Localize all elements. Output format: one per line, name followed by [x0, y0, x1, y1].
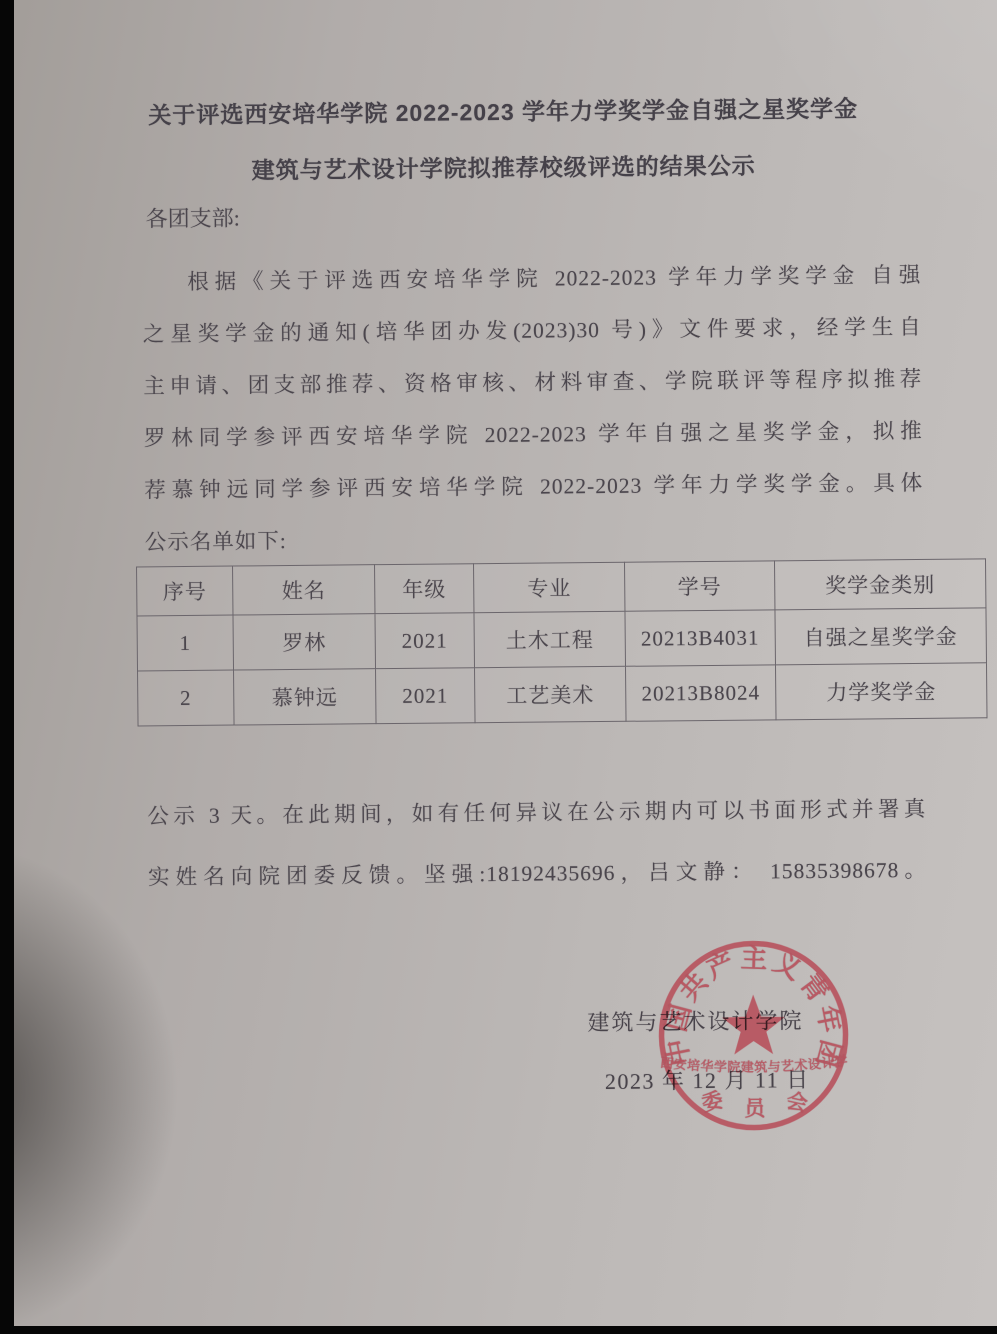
- table-row: 2 慕钟远 2021 工艺美术 20213B8024 力学奖学金: [138, 663, 987, 726]
- seal-bottom-text-char: 员: [744, 1097, 767, 1120]
- body-line: 主申请、团支部推荐、资格审核、材料审查、学院联评等程序拟推荐: [143, 353, 922, 412]
- cell-name: 慕钟远: [234, 669, 377, 725]
- body-line: 根据《关于评选西安培华学院 2022-2023 学年力学奖学金 自强: [142, 249, 921, 308]
- cell-student-id: 20213B8024: [625, 665, 776, 721]
- header-cell-major: 专业: [474, 562, 625, 612]
- closing-line: 公示 3 天。在此期间，如有任何异议在公示期内可以书面形式并署真: [147, 779, 927, 847]
- document-title-line1: 关于评选西安培华学院 2022-2023 学年力学奖学金自强之星奖学金: [75, 90, 932, 131]
- closing-line: 实姓名向院团委反馈。坚强:18192435696，吕文静： 1583539867…: [148, 840, 928, 908]
- cell-grade: 2021: [376, 668, 476, 724]
- table-row: 1 罗林 2021 土木工程 20213B4031 自强之星奖学金: [137, 608, 986, 671]
- body-line: 之星奖学金的通知(培华团办发(2023)30 号)》文件要求，经学生自: [143, 301, 922, 360]
- cell-scholarship-type: 自强之星奖学金: [775, 608, 987, 665]
- header-cell-index: 序号: [137, 566, 233, 616]
- scholarship-roster-table: 序号 姓名 年级 专业 学号 奖学金类别 1 罗林 2021 土木工程 2021…: [136, 558, 987, 726]
- seal-star-icon: [722, 994, 785, 1054]
- cell-grade: 2021: [375, 613, 475, 669]
- cell-major: 土木工程: [474, 611, 626, 667]
- header-cell-student-id: 学号: [625, 561, 775, 611]
- body-paragraph: 根据《关于评选西安培华学院 2022-2023 学年力学奖学金 自强 之星奖学金…: [142, 249, 924, 568]
- official-seal-stamp: 中国共产主义青年团 西安培华学院建筑与艺术设计学院 委 员 会: [642, 924, 866, 1148]
- header-cell-name: 姓名: [233, 565, 375, 615]
- document: 关于评选西安培华学院 2022-2023 学年力学奖学金自强之星奖学金 建筑与艺…: [0, 0, 997, 1334]
- document-title-line2: 建筑与艺术设计学院拟推荐校级评选的结果公示: [75, 146, 932, 187]
- photo-edge-left: [0, 0, 14, 1334]
- cell-major: 工艺美术: [475, 666, 627, 722]
- cell-scholarship-type: 力学奖学金: [775, 663, 987, 720]
- header-cell-grade: 年级: [375, 564, 474, 614]
- header-cell-scholarship-type: 奖学金类别: [774, 559, 985, 610]
- photo-paper-background: 关于评选西安培华学院 2022-2023 学年力学奖学金自强之星奖学金 建筑与艺…: [0, 0, 997, 1334]
- cell-name: 罗林: [233, 614, 376, 670]
- salutation: 各团支部:: [146, 201, 240, 233]
- photo-edge-bottom: [0, 1326, 997, 1334]
- body-line: 荐慕钟远同学参评西安培华学院 2022-2023 学年力学奖学金。具体: [144, 457, 923, 516]
- table-header-row: 序号 姓名 年级 专业 学号 奖学金类别: [137, 559, 986, 616]
- closing-paragraph: 公示 3 天。在此期间，如有任何异议在公示期内可以书面形式并署真 实姓名向院团委…: [147, 779, 927, 908]
- cell-student-id: 20213B4031: [625, 610, 776, 666]
- cell-index: 1: [137, 615, 234, 671]
- cell-index: 2: [138, 670, 235, 726]
- body-line: 罗林同学参评西安培华学院 2022-2023 学年自强之星奖学金，拟推: [144, 405, 923, 464]
- seal-bottom-text-char: 委: [700, 1089, 726, 1116]
